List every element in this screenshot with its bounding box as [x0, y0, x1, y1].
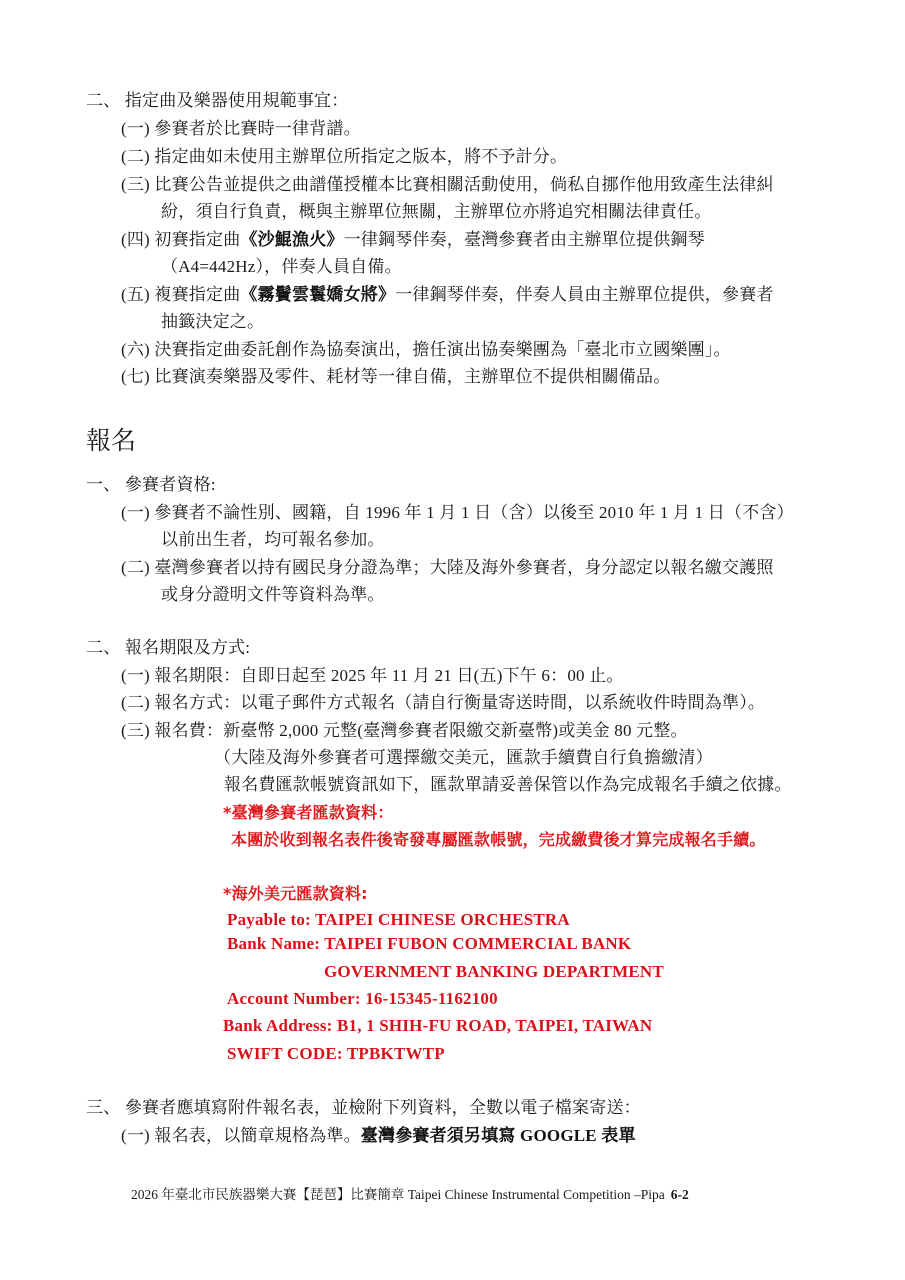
- list-item: (五) 複賽指定曲《霧鬢雲鬟嬌女將》一律鋼琴伴奏，伴奏人員由主辦單位提供，參賽者: [121, 284, 774, 306]
- item-label: (三): [121, 721, 150, 740]
- item-continuation: 或身分證明文件等資料為準。: [161, 584, 385, 606]
- item-text: 初賽指定曲: [154, 230, 240, 249]
- list-item: (二) 報名方式：以電子郵件方式報名（請自行衡量寄送時間，以系統收件時間為準）。: [121, 692, 765, 714]
- item-continuation: 抽籤決定之。: [161, 311, 264, 333]
- page-heading: 報名: [86, 426, 136, 456]
- swift-code: SWIFT CODE: TPBKTWTP: [227, 1043, 445, 1065]
- item-label: (一): [121, 666, 150, 685]
- footer-text: 2026 年臺北市民族器樂大賽【琵琶】比賽簡章 Taipei Chinese I…: [131, 1187, 665, 1202]
- item-text: 比賽公告並提供之曲譜僅授權本比賽相關活動使用，倘私自挪作他用致產生法律糾: [154, 175, 773, 194]
- piece-title: 《沙鯤漁火》: [240, 230, 343, 249]
- item-text: 參賽者不論性別、國籍，自 1996 年 1 月 1 日（含）以後至 2010 年…: [154, 503, 793, 522]
- item-label: (二): [121, 558, 150, 577]
- list-item: (二) 臺灣參賽者以持有國民身分證為準；大陸及海外參賽者，身分認定以報名繳交護照: [121, 557, 774, 579]
- item-text: 一律鋼琴伴奏，伴奏人員由主辦單位提供，參賽者: [395, 285, 773, 304]
- item-text: 報名期限：自即日起至 2025 年 11 月 21 日(五)下午 6：00 止。: [154, 666, 623, 685]
- list-item: (一) 參賽者於比賽時一律背譜。: [121, 118, 361, 140]
- list-item: (六) 決賽指定曲委託創作為協奏演出，擔任演出協奏樂團為「臺北市立國樂團」。: [121, 339, 731, 361]
- taiwan-remittance-title: *臺灣參賽者匯款資料：: [223, 802, 394, 824]
- item-continuation: （A4=442Hz），伴奏人員自備。: [161, 256, 402, 278]
- item-label: (二): [121, 147, 150, 166]
- list-item: (一) 參賽者不論性別、國籍，自 1996 年 1 月 1 日（含）以後至 20…: [121, 502, 794, 524]
- item-text: 決賽指定曲委託創作為協奏演出，擔任演出協奏樂團為「臺北市立國樂團」。: [154, 340, 730, 359]
- bank-name: Bank Name: TAIPEI FUBON COMMERCIAL BANK: [227, 933, 631, 955]
- account-note: 報名費匯款帳號資訊如下，匯款單請妥善保管以作為完成報名手續之依據。: [224, 774, 792, 796]
- list-item: (三) 比賽公告並提供之曲譜僅授權本比賽相關活動使用，倘私自挪作他用致產生法律糾: [121, 174, 774, 196]
- section-title: 二、 報名期限及方式:: [86, 637, 250, 659]
- item-label: (四): [121, 230, 150, 249]
- item-text: 參賽者於比賽時一律背譜。: [154, 119, 360, 138]
- item-text: 報名方式：以電子郵件方式報名（請自行衡量寄送時間，以系統收件時間為準）。: [154, 693, 765, 712]
- piece-title: 《霧鬢雲鬟嬌女將》: [240, 285, 395, 304]
- item-text: 報名費：新臺幣 2,000 元整(臺灣參賽者限繳交新臺幣)或美金 80 元整。: [154, 721, 687, 740]
- section-title: 三、 參賽者應填寫附件報名表，並檢附下列資料，全數以電子檔案寄送：: [86, 1097, 641, 1119]
- item-label: (六): [121, 340, 150, 359]
- item-continuation: 以前出生者，均可報名參加。: [161, 529, 385, 551]
- item-label: (二): [121, 693, 150, 712]
- document-page: 二、 指定曲及樂器使用規範事宜： (一) 參賽者於比賽時一律背譜。 (二) 指定…: [0, 0, 905, 1280]
- page-footer: 2026 年臺北市民族器樂大賽【琵琶】比賽簡章 Taipei Chinese I…: [131, 1186, 689, 1204]
- item-label: (七): [121, 367, 150, 386]
- item-text: 臺灣參賽者以持有國民身分證為準；大陸及海外參賽者，身分認定以報名繳交護照: [154, 558, 773, 577]
- item-text: 比賽演奏樂器及零件、耗材等一律自備，主辦單位不提供相關備品。: [154, 367, 670, 386]
- item-text: 指定曲如未使用主辦單位所指定之版本，將不予計分。: [154, 147, 567, 166]
- page-number: 6-2: [671, 1187, 689, 1202]
- google-form-note: 臺灣參賽者須另填寫 GOOGLE 表單: [361, 1126, 636, 1145]
- item-text: 報名表，以簡章規格為準。: [154, 1126, 360, 1145]
- list-item: (二) 指定曲如未使用主辦單位所指定之版本，將不予計分。: [121, 146, 567, 168]
- overseas-remittance-title: *海外美元匯款資料:: [223, 883, 368, 905]
- item-label: (一): [121, 503, 150, 522]
- account-number: Account Number: 16-15345-1162100: [227, 988, 498, 1010]
- item-label: (一): [121, 1126, 150, 1145]
- list-item: (三) 報名費：新臺幣 2,000 元整(臺灣參賽者限繳交新臺幣)或美金 80 …: [121, 720, 688, 742]
- fee-note: （大陸及海外參賽者可選擇繳交美元，匯款手續費自行負擔繳清）: [214, 747, 713, 769]
- payable-to: Payable to: TAIPEI CHINESE ORCHESTRA: [227, 909, 570, 931]
- item-text: 一律鋼琴伴奏，臺灣參賽者由主辦單位提供鋼琴: [344, 230, 705, 249]
- item-label: (三): [121, 175, 150, 194]
- bank-address: Bank Address: B1, 1 SHIH-FU ROAD, TAIPEI…: [223, 1015, 652, 1037]
- item-label: (五): [121, 285, 150, 304]
- list-item: (七) 比賽演奏樂器及零件、耗材等一律自備，主辦單位不提供相關備品。: [121, 366, 670, 388]
- section-title: 一、 參賽者資格:: [86, 474, 216, 496]
- list-item: (一) 報名期限：自即日起至 2025 年 11 月 21 日(五)下午 6：0…: [121, 665, 624, 687]
- list-item: (四) 初賽指定曲《沙鯤漁火》一律鋼琴伴奏，臺灣參賽者由主辦單位提供鋼琴: [121, 229, 705, 251]
- bank-department: GOVERNMENT BANKING DEPARTMENT: [324, 961, 664, 983]
- list-item: (一) 報名表，以簡章規格為準。臺灣參賽者須另填寫 GOOGLE 表單: [121, 1125, 636, 1147]
- item-continuation: 紛，須自行負責，概與主辦單位無關，主辦單位亦將追究相關法律責任。: [161, 201, 711, 223]
- section-title: 二、 指定曲及樂器使用規範事宜：: [86, 90, 348, 112]
- item-label: (一): [121, 119, 150, 138]
- item-text: 複賽指定曲: [154, 285, 240, 304]
- taiwan-remittance-text: 本團於收到報名表件後寄發專屬匯款帳號，完成繳費後才算完成報名手續。: [231, 829, 766, 851]
